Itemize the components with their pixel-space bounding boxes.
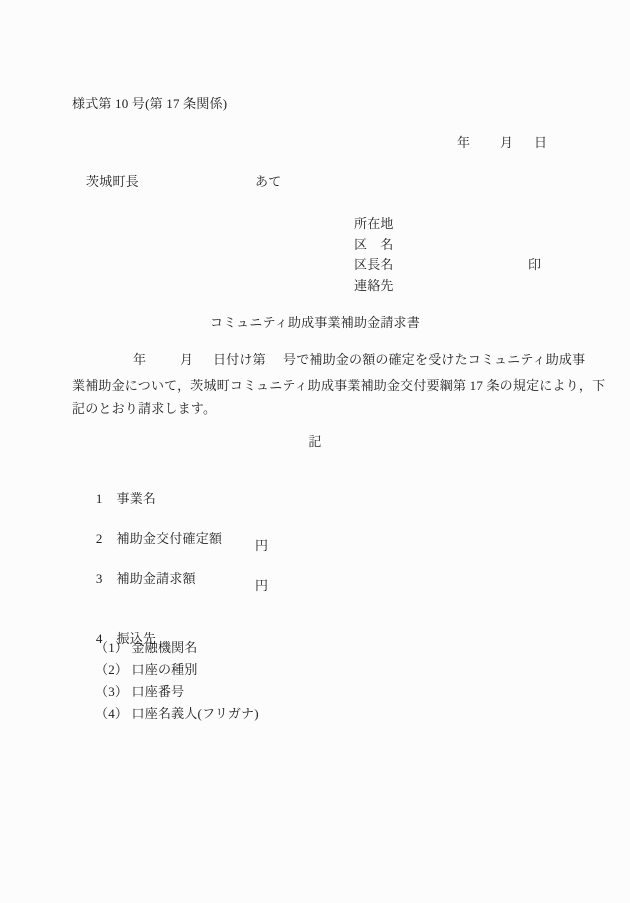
form-page: 様式第 10 号(第 17 条関係) 年 月 日 茨城町長 あて 所在地 区 名… bbox=[0, 0, 630, 903]
date-day-label: 日 bbox=[534, 136, 547, 149]
body-line3: 記のとおり請求します。 bbox=[72, 402, 216, 415]
body-month-blank: 月 bbox=[180, 353, 193, 366]
list-item-3: 3補助金請求額 bbox=[82, 559, 196, 598]
document-title: コミュニティ助成事業補助金請求書 bbox=[0, 316, 630, 329]
date-month-label: 月 bbox=[500, 136, 513, 149]
item-3-number: 3 bbox=[96, 571, 103, 586]
item-2-number: 2 bbox=[96, 531, 103, 546]
list-item-1: 1事業名 bbox=[82, 479, 156, 518]
subitem-account-number: （3） 口座番号 bbox=[95, 685, 184, 698]
item-3-unit-yen: 円 bbox=[255, 579, 268, 592]
body-line2: 業補助金について，茨城町コミュニティ助成事業補助金交付要綱第 17 条の規定によ… bbox=[72, 379, 605, 392]
item-2-unit-yen: 円 bbox=[255, 539, 268, 552]
subitem-financial-institution: （1） 金融機関名 bbox=[95, 641, 198, 654]
list-item-2: 2補助金交付確定額 bbox=[82, 519, 222, 558]
body-line1-rest: 号で補助金の額の確定を受けたコミュニティ助成事 bbox=[283, 353, 585, 366]
sender-district-label: 区 名 bbox=[354, 238, 394, 251]
item-1-label: 事業名 bbox=[117, 491, 157, 506]
subitem-account-type: （2） 口座の種別 bbox=[95, 663, 198, 676]
sender-contact-label: 連絡先 bbox=[354, 279, 394, 292]
addressee-name: 茨城町長 bbox=[86, 175, 139, 188]
sender-chief-label: 区長名 bbox=[354, 258, 394, 271]
item-1-number: 1 bbox=[96, 491, 103, 506]
item-2-label: 補助金交付確定額 bbox=[117, 531, 223, 546]
body-day-blank: 日付け第 bbox=[213, 353, 266, 366]
addressee-suffix: あて bbox=[255, 175, 281, 188]
sender-address-label: 所在地 bbox=[354, 217, 394, 230]
seal-mark: 印 bbox=[528, 258, 541, 271]
subitem-account-holder: （4） 口座名義人(フリガナ) bbox=[95, 707, 259, 720]
record-marker: 記 bbox=[0, 435, 630, 448]
item-3-label: 補助金請求額 bbox=[117, 571, 196, 586]
body-year-blank: 年 bbox=[133, 353, 146, 366]
date-year-label: 年 bbox=[457, 136, 470, 149]
form-number: 様式第 10 号(第 17 条関係) bbox=[72, 97, 227, 110]
